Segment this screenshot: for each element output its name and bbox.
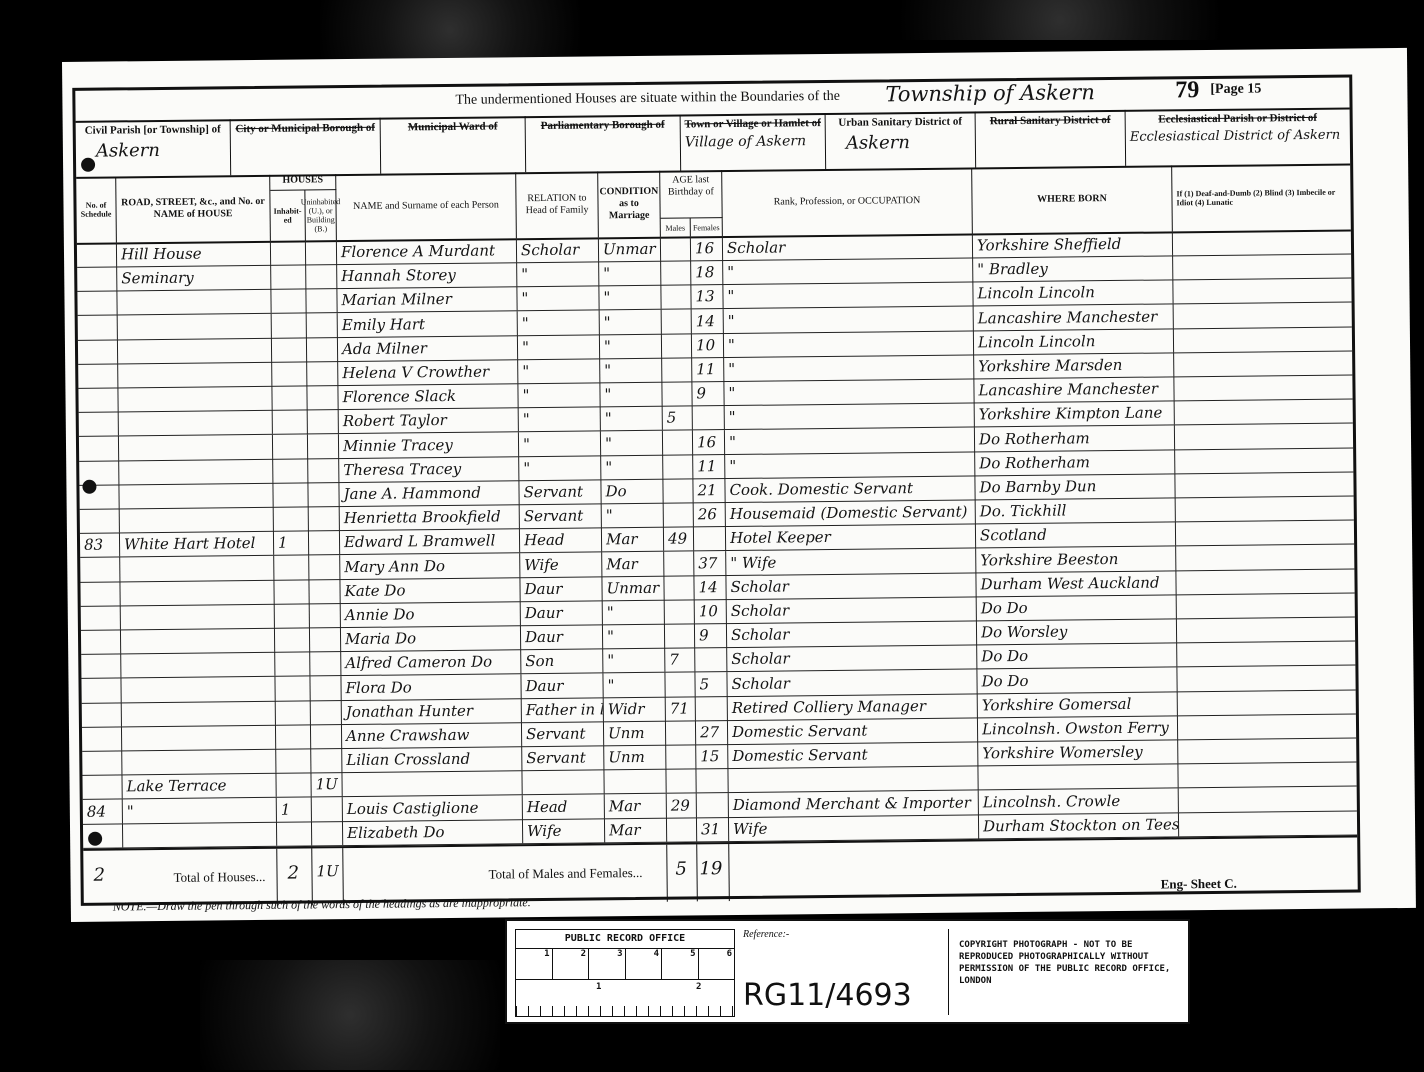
uninhabited-cell — [308, 482, 339, 506]
total-females: 19 — [699, 858, 722, 879]
road-cell — [119, 410, 273, 436]
where-born-cell: Lancashire Manchester — [974, 304, 1174, 330]
occupation-cell: " — [723, 282, 973, 309]
road-cell — [123, 822, 277, 848]
uninhabited-cell — [311, 724, 342, 748]
header-age: AGE last Birthday of — [660, 170, 722, 219]
where-born-cell: Do Do — [977, 594, 1177, 620]
road-cell — [119, 434, 273, 460]
relation-cell: Servant — [522, 746, 604, 771]
total-males-cell: 5 — [667, 844, 698, 901]
inhabited-cell — [275, 652, 310, 676]
inhabited-cell — [272, 337, 307, 361]
inhabited-cell — [271, 240, 306, 264]
occupation-cell: " — [723, 258, 973, 285]
inhabited-cell — [274, 579, 309, 603]
uninhabited-cell — [309, 555, 340, 579]
inhabited-cell — [275, 676, 310, 700]
total-inhabited: 2 — [287, 863, 299, 884]
name-cell: Emily Hart — [338, 311, 518, 337]
name-cell — [342, 771, 522, 797]
road-cell — [119, 483, 273, 509]
male-age-cell — [666, 720, 696, 744]
schedule-cell — [81, 678, 121, 702]
occupation-cell: Diamond Merchant & Importer — [729, 790, 979, 817]
name-cell: Kate Do — [340, 577, 520, 603]
infirmity-cell — [1178, 738, 1356, 764]
relation-cell: Servant — [520, 504, 602, 529]
female-age-cell: 15 — [696, 744, 728, 768]
relation-cell: " — [518, 383, 600, 408]
occupation-cell — [728, 766, 978, 793]
division-urban-sanitary: Urban Sanitary District of Askern — [826, 111, 977, 169]
uninhabited-cell — [306, 289, 337, 313]
occupation-cell: Wife — [729, 814, 979, 841]
female-age-cell — [697, 793, 729, 817]
name-cell: Flora Do — [341, 674, 521, 700]
relation-cell: Daur — [521, 673, 603, 698]
male-age-cell — [662, 333, 692, 357]
where-born-cell: Do Do — [977, 667, 1177, 693]
where-born-cell: Yorkshire Gomersal — [978, 691, 1178, 717]
header-houses: HOUSES — [270, 174, 336, 191]
where-born-cell: Do Rotherham — [975, 425, 1175, 451]
schedule-cell — [82, 726, 122, 750]
occupation-cell: Hotel Keeper — [726, 524, 976, 551]
division-ecclesiastical: Ecclesiastical Parish or District of Ecc… — [1126, 108, 1351, 166]
name-cell: Jane A. Hammond — [339, 480, 519, 506]
female-age-cell: 37 — [694, 551, 726, 575]
condition-cell: " — [599, 285, 661, 310]
where-born-cell: Do Rotherham — [975, 449, 1175, 475]
occupation-cell: Domestic Servant — [728, 742, 978, 769]
relation-cell — [522, 770, 604, 795]
copyright-notice: COPYRIGHT PHOTOGRAPH - NOT TO BE REPRODU… — [959, 939, 1179, 987]
where-born-cell: Durham West Auckland — [976, 570, 1176, 596]
uninhabited-cell — [308, 434, 339, 458]
schedule-cell — [78, 315, 118, 339]
road-cell — [121, 652, 275, 678]
occupation-cell: Scholar — [727, 645, 977, 672]
male-age-cell — [665, 599, 695, 623]
total-males: 5 — [675, 859, 687, 880]
road-cell: White Hart Hotel — [120, 531, 274, 557]
title-handwritten: Township of Askern — [885, 80, 1095, 106]
relation-cell: " — [519, 431, 601, 456]
male-age-cell — [664, 551, 694, 575]
where-born-cell: Yorkshire Womersley — [978, 740, 1178, 766]
census-form: The undermentioned Houses are situate wi… — [72, 74, 1360, 905]
schedule-cell — [77, 291, 117, 315]
header-occupation: Rank, Profession, or OCCUPATION — [722, 167, 973, 236]
pro-title: PUBLIC RECORD OFFICE — [516, 930, 734, 949]
male-age-cell — [663, 454, 693, 478]
infirmity-cell — [1177, 665, 1355, 691]
road-cell — [120, 555, 274, 581]
inhabited-cell — [273, 482, 308, 506]
condition-cell: " — [603, 648, 665, 673]
division-town-village: Town or Village or Hamlet of Village of … — [681, 113, 827, 171]
background-scan-noise — [320, 0, 580, 60]
inhabited-cell — [271, 265, 306, 289]
header-schedule: No. of Schedule — [76, 176, 117, 242]
condition-cell: Unmar — [602, 576, 664, 601]
background-scan-noise — [900, 0, 1220, 40]
census-page: The undermentioned Houses are situate wi… — [62, 48, 1416, 922]
punch-hole — [82, 480, 96, 494]
infirmity-cell — [1178, 713, 1356, 739]
road-cell: Seminary — [117, 265, 271, 291]
relation-cell: Servant — [519, 479, 601, 504]
where-born-cell — [978, 764, 1178, 790]
female-age-cell: 21 — [693, 478, 725, 502]
occupation-cell: Scholar — [727, 621, 977, 648]
relation-cell: " — [517, 286, 599, 311]
relation-cell: Daur — [521, 625, 603, 650]
uninhabited-cell — [309, 579, 340, 603]
infirmity-cell — [1176, 568, 1354, 594]
schedule-cell — [77, 242, 117, 266]
inhabited-cell — [275, 603, 310, 627]
relation-cell: " — [519, 455, 601, 480]
condition-cell: " — [600, 309, 662, 334]
road-cell — [121, 628, 275, 654]
relation-cell: " — [518, 358, 600, 383]
condition-cell: " — [603, 672, 665, 697]
where-born-cell: " Bradley — [973, 256, 1173, 282]
relation-cell: Servant — [522, 721, 604, 746]
infirmity-cell — [1175, 399, 1353, 425]
infirmity-cell — [1174, 326, 1352, 352]
inhabited-cell — [274, 555, 309, 579]
header-infirmity: If (1) Deaf-and-Dumb (2) Blind (3) Imbec… — [1172, 164, 1351, 232]
female-age-cell — [693, 405, 725, 429]
occupation-cell: Scholar — [723, 233, 973, 260]
female-age-cell: 16 — [693, 430, 725, 454]
female-age-cell: 5 — [695, 672, 727, 696]
name-cell: Jonathan Hunter — [342, 698, 522, 724]
name-cell: Robert Taylor — [339, 408, 519, 434]
male-age-cell — [663, 430, 693, 454]
condition-cell — [604, 769, 666, 794]
inhabited-cell — [273, 434, 308, 458]
female-age-cell: 14 — [694, 575, 726, 599]
condition-cell: Unmar — [599, 237, 661, 262]
uninhabited-cell — [307, 337, 338, 361]
male-age-cell — [663, 478, 693, 502]
male-age-cell — [667, 817, 697, 841]
folio-number: 79 — [1175, 77, 1199, 104]
female-age-cell: 11 — [692, 357, 724, 381]
uninhabited-cell — [310, 603, 341, 627]
relation-cell: " — [519, 407, 601, 432]
schedule-cell: 84 — [83, 799, 123, 823]
female-age-cell: 16 — [691, 236, 723, 260]
condition-cell: " — [599, 261, 661, 286]
name-cell: Anne Crawshaw — [342, 722, 522, 748]
condition-cell: Mar — [602, 551, 664, 576]
division-civil-parish: Civil Parish [or Township] of Askern — [76, 119, 232, 177]
male-age-cell — [666, 769, 696, 793]
condition-cell: Mar — [605, 793, 667, 818]
inhabited-cell — [276, 773, 311, 797]
relation-cell: " — [518, 334, 600, 359]
female-age-cell: 14 — [692, 309, 724, 333]
infirmity-cell — [1173, 230, 1351, 256]
male-age-cell — [662, 309, 692, 333]
uninhabited-cell — [308, 410, 339, 434]
uninhabited-cell: 1U — [311, 772, 342, 796]
female-age-cell — [695, 647, 727, 671]
male-age-cell — [662, 357, 692, 381]
occupation-cell: " — [724, 330, 974, 357]
where-born-cell: Yorkshire Marsden — [974, 352, 1174, 378]
relation-cell: " — [518, 310, 600, 335]
infirmity-cell — [1176, 496, 1354, 522]
relation-cell: Wife — [523, 818, 605, 843]
road-cell — [119, 459, 273, 485]
inhabited-cell: 1 — [277, 797, 312, 821]
road-cell — [121, 676, 275, 702]
condition-cell: Unm — [604, 721, 666, 746]
relation-cell: Head — [520, 528, 602, 553]
header-road: ROAD, STREET, &c., and No. or NAME of HO… — [116, 175, 271, 243]
inhabited-cell — [271, 289, 306, 313]
occupation-cell: Scholar — [727, 669, 977, 696]
schedule-cell — [82, 702, 122, 726]
female-age-cell: 18 — [691, 260, 723, 284]
male-age-cell — [666, 745, 696, 769]
schedule-cell — [82, 751, 122, 775]
occupation-cell: Housemaid (Domestic Servant) — [726, 500, 976, 527]
road-cell — [117, 289, 271, 315]
public-record-office-stamp: PUBLIC RECORD OFFICE 1 2 3 4 5 6 1 2 Ref… — [505, 919, 1190, 1024]
schedule-cell — [81, 654, 121, 678]
male-age-cell: 71 — [666, 696, 696, 720]
male-age-cell: 29 — [667, 793, 697, 817]
female-age-cell: 26 — [694, 502, 726, 526]
occupation-cell: Scholar — [727, 596, 977, 623]
relation-cell: Scholar — [517, 237, 599, 262]
road-cell — [118, 362, 272, 388]
male-age-cell — [664, 575, 694, 599]
infirmity-cell — [1173, 254, 1351, 280]
total-females-cell: 19 — [697, 844, 730, 901]
infirmity-cell — [1177, 592, 1355, 618]
female-age-cell: 9 — [695, 623, 727, 647]
infirmity-cell — [1177, 617, 1355, 643]
name-cell: Theresa Tracey — [339, 456, 519, 482]
relation-cell: Head — [523, 794, 605, 819]
female-age-cell: 13 — [691, 284, 723, 308]
where-born-cell: Lincoln Lincoln — [974, 328, 1174, 354]
where-born-cell: Yorkshire Beeston — [976, 546, 1176, 572]
inhabited-cell — [272, 313, 307, 337]
uninhabited-cell — [312, 797, 343, 821]
road-cell: Lake Terrace — [122, 773, 276, 799]
division-municipal-borough: City or Municipal Borough of — [231, 118, 382, 176]
occupation-cell: " — [725, 427, 975, 454]
road-cell — [118, 313, 272, 339]
header-condition: CONDITION as to Marriage — [598, 171, 661, 238]
uninhabited-cell — [310, 651, 341, 675]
occupation-cell: Scholar — [726, 572, 976, 599]
schedule-cell — [80, 581, 120, 605]
punch-hole — [88, 832, 102, 846]
inhabited-cell — [276, 749, 311, 773]
schedule-cell — [78, 339, 118, 363]
road-cell — [120, 580, 274, 606]
uninhabited-cell — [306, 264, 337, 288]
condition-cell: " — [600, 358, 662, 383]
inhabited-cell — [273, 458, 308, 482]
schedule-cell — [81, 630, 121, 654]
condition-cell: " — [601, 455, 663, 480]
sheet-label: Eng- Sheet C. — [1161, 876, 1237, 893]
where-born-cell: Do. Tickhill — [976, 498, 1176, 524]
reference-value: RG11/4693 — [743, 978, 912, 1013]
name-cell: Ada Milner — [338, 335, 518, 361]
male-age-cell — [665, 624, 695, 648]
male-age-cell — [661, 236, 691, 260]
infirmity-cell — [1179, 810, 1357, 836]
female-age-cell: 11 — [693, 454, 725, 478]
page-number: [Page 15 — [1210, 81, 1261, 98]
uninhabited-cell — [312, 821, 343, 845]
female-age-cell — [696, 696, 728, 720]
background-scan-noise — [200, 960, 500, 1070]
condition-cell: " — [603, 600, 665, 625]
infirmity-cell — [1173, 278, 1351, 304]
relation-cell: Father in law — [522, 697, 604, 722]
inhabited-cell — [275, 628, 310, 652]
female-age-cell: 10 — [692, 333, 724, 357]
infirmity-cell — [1179, 786, 1357, 812]
infirmity-cell — [1174, 375, 1352, 401]
schedule-cell: 83 — [80, 533, 120, 557]
condition-cell: " — [602, 503, 664, 528]
where-born-cell: Yorkshire Kimpton Lane — [975, 401, 1175, 427]
where-born-cell: Lancashire Manchester — [974, 377, 1174, 403]
road-cell: Hill House — [117, 241, 271, 267]
where-born-cell: Lincolnsh. Crowle — [979, 788, 1179, 814]
division-parliamentary-borough: Parliamentary Borough of — [526, 115, 682, 173]
uninhabited-cell — [309, 531, 340, 555]
name-cell: Marian Milner — [337, 287, 517, 313]
condition-cell: " — [601, 406, 663, 431]
male-age-cell — [661, 261, 691, 285]
total-schedules: 2 — [93, 865, 105, 886]
name-cell: Mary Ann Do — [340, 553, 520, 579]
header-males: Males — [661, 218, 691, 236]
name-cell: Alfred Cameron Do — [341, 650, 521, 676]
road-cell — [118, 338, 272, 364]
inhabited-cell — [273, 410, 308, 434]
infirmity-cell — [1175, 423, 1353, 449]
total-houses-label: Total of Houses... — [173, 869, 265, 886]
name-cell: Hannah Storey — [337, 262, 517, 288]
infirmity-cell — [1178, 762, 1356, 788]
road-cell — [120, 507, 274, 533]
occupation-cell: Domestic Servant — [728, 717, 978, 744]
header-relation: RELATION to Head of Family — [516, 171, 599, 238]
occupation-cell: " — [724, 379, 974, 406]
uninhabited-cell — [307, 313, 338, 337]
road-cell — [122, 725, 276, 751]
reference-label: Reference:- — [743, 929, 948, 940]
male-age-cell — [661, 285, 691, 309]
relation-cell: Son — [521, 649, 603, 674]
where-born-cell: Durham Stockton on Tees — [979, 812, 1179, 838]
where-born-cell: Yorkshire Sheffield — [973, 231, 1173, 257]
occupation-cell: Cook. Domestic Servant — [725, 475, 975, 502]
infirmity-cell — [1176, 520, 1354, 546]
division-rural-sanitary: Rural Sanitary District of — [976, 110, 1127, 168]
header-name: NAME and Surname of each Person — [336, 172, 517, 240]
uninhabited-cell — [311, 700, 342, 724]
name-cell: Henrietta Brookfield — [340, 504, 520, 530]
inhabited-cell — [276, 724, 311, 748]
uninhabited-cell — [308, 458, 339, 482]
schedule-cell — [77, 267, 117, 291]
name-cell: Louis Castiglione — [343, 795, 523, 821]
occupation-cell: " — [725, 451, 975, 478]
inhabited-cell — [274, 507, 309, 531]
total-uninhabited: 1U — [316, 862, 338, 880]
condition-cell: " — [601, 430, 663, 455]
uninhabited-cell — [311, 748, 342, 772]
infirmity-cell — [1174, 351, 1352, 377]
where-born-cell: Do Worsley — [977, 619, 1177, 645]
inhabited-cell — [272, 386, 307, 410]
relation-cell: Daur — [520, 576, 602, 601]
road-cell — [122, 749, 276, 775]
road-cell — [122, 701, 276, 727]
condition-cell: Mar — [602, 527, 664, 552]
inhabited-cell — [277, 821, 312, 845]
uninhabited-cell — [307, 361, 338, 385]
schedule-cell — [78, 363, 118, 387]
title-text: The undermentioned Houses are situate wi… — [455, 89, 840, 109]
pro-ruler: 1 2 — [516, 980, 734, 1016]
punch-hole — [81, 158, 95, 172]
uninhabited-cell — [309, 506, 340, 530]
occupation-cell: " — [725, 403, 975, 430]
name-cell: Elizabeth Do — [343, 819, 523, 845]
name-cell: Minnie Tracey — [339, 432, 519, 458]
relation-cell: Daur — [521, 600, 603, 625]
male-age-cell: 5 — [663, 406, 693, 430]
condition-cell: Widr — [604, 697, 666, 722]
infirmity-cell — [1178, 689, 1356, 715]
male-age-cell — [664, 503, 694, 527]
schedule-cell — [81, 605, 121, 629]
division-municipal-ward: Municipal Ward of — [381, 116, 527, 174]
name-cell: Lilian Crossland — [342, 746, 522, 772]
relation-cell: Wife — [520, 552, 602, 577]
total-persons-label: Total of Males and Females... — [488, 865, 642, 883]
uninhabited-cell — [310, 676, 341, 700]
occupation-cell: " Wife — [726, 548, 976, 575]
female-age-cell: 10 — [695, 599, 727, 623]
inhabited-cell: 1 — [274, 531, 309, 555]
schedule-cell — [79, 412, 119, 436]
occupation-cell: " — [724, 354, 974, 381]
infirmity-cell — [1176, 544, 1354, 570]
female-age-cell — [696, 768, 728, 792]
name-cell: Annie Do — [341, 601, 521, 627]
where-born-cell: Do Barnby Dun — [975, 473, 1175, 499]
